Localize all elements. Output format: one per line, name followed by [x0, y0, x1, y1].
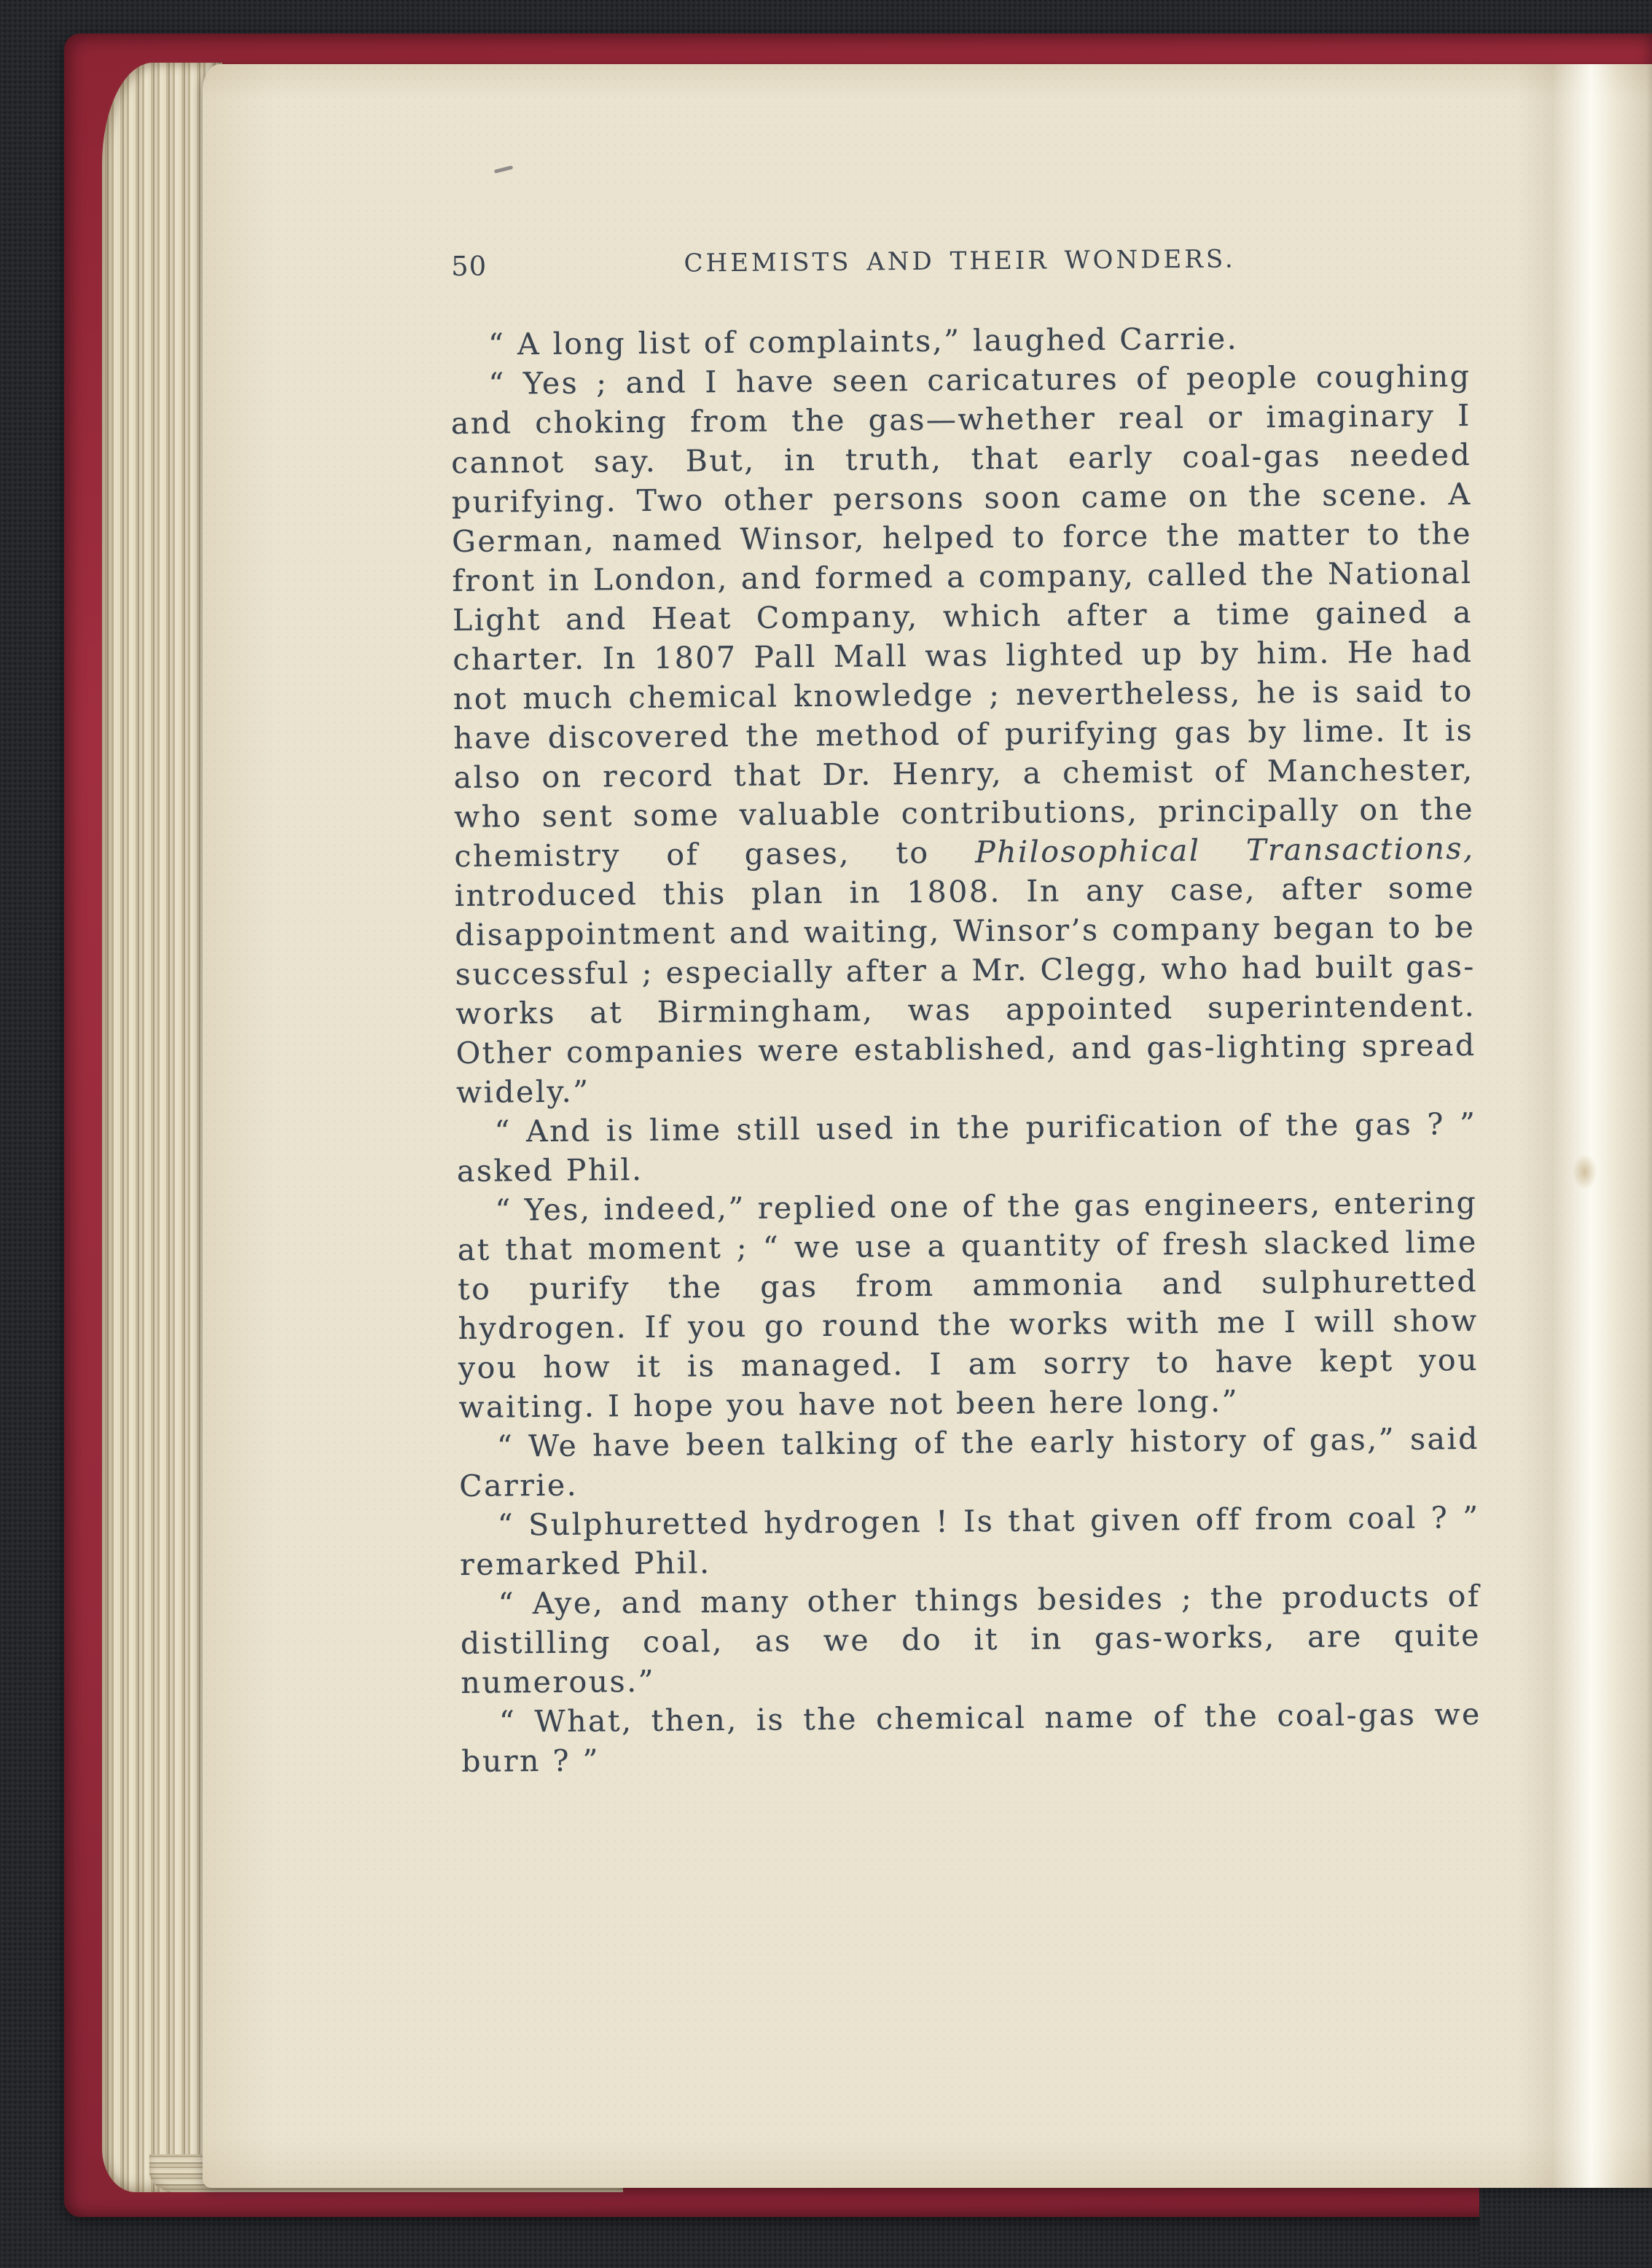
running-title: CHEMISTS AND THEIR WONDERS.: [450, 243, 1470, 280]
paragraph: “ Yes, indeed,” replied one of the gas e…: [457, 1183, 1479, 1427]
page-text: “ A long list of complaints,” laughed Ca…: [450, 317, 1482, 1781]
paragraph: “ Yes ; and I have seen caricatures of p…: [450, 356, 1476, 1112]
page-number: 50: [451, 251, 487, 282]
page-stain: [1573, 1154, 1597, 1190]
page-header: 50 CHEMISTS AND THEIR WONDERS.: [450, 243, 1470, 286]
paragraph: “ What, then, is the chemical name of th…: [461, 1694, 1482, 1781]
paragraph: “ Sulphuretted hydrogen ! Is that given …: [460, 1498, 1481, 1584]
page-content: 50 CHEMISTS AND THEIR WONDERS. “ A long …: [450, 243, 1481, 1781]
paragraph: “ We have been talking of the early hist…: [459, 1419, 1480, 1506]
pencil-mark: [494, 165, 513, 173]
book-page: 50 CHEMISTS AND THEIR WONDERS. “ A long …: [203, 64, 1652, 2188]
paragraph: “ Aye, and many other things besides ; t…: [460, 1576, 1481, 1702]
paragraph: “ And is lime still used in the purifica…: [456, 1104, 1477, 1191]
page-crease: [1517, 64, 1652, 2188]
book-photo: 50 CHEMISTS AND THEIR WONDERS. “ A long …: [0, 0, 1652, 2268]
